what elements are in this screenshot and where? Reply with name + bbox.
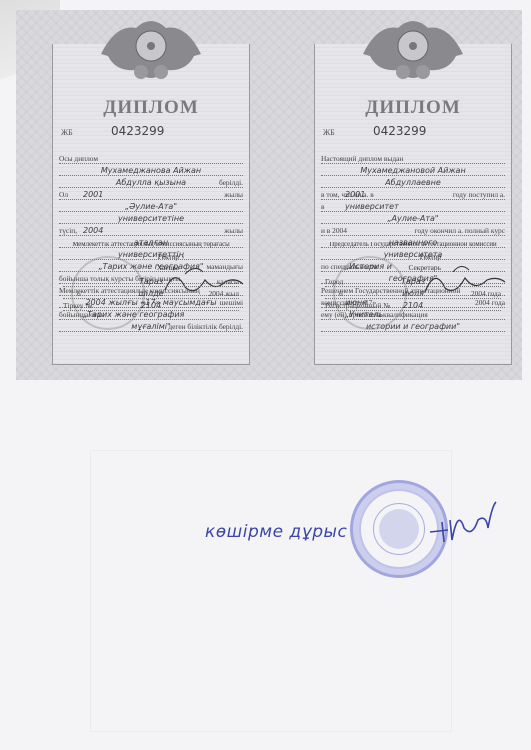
commission-label: Мемлекеттік аттестациялық комиссиясының … <box>72 242 229 248</box>
handwritten-entry: Мухамеджанова Айжан <box>59 167 243 175</box>
signature-block: Мемлекеттік аттестациялық комиссиясының … <box>63 242 239 311</box>
handwritten-entry: университет <box>321 203 505 211</box>
handwritten-entry: истории и географии" <box>321 323 505 331</box>
printed-text: и в 2004 <box>321 227 347 234</box>
rector-label: Ректор <box>158 253 179 261</box>
handwritten-entry: университетіне <box>59 215 243 223</box>
text-line: түсіп,2004жылы <box>59 224 243 236</box>
certifier-signature <box>428 498 498 548</box>
text-line: Абдулла қызынаберілді. <box>59 176 243 188</box>
registration-number: 2104 <box>325 302 501 310</box>
handwritten-entry: 2004 <box>59 227 243 235</box>
series: ЖБ <box>61 128 73 137</box>
coat-of-arms-icon <box>358 14 468 86</box>
text-line: университетіне <box>59 212 243 224</box>
city-label: қаласы <box>217 278 239 285</box>
printed-text: Осы диплом <box>59 155 98 162</box>
printed-text: году окончил а. полный курс <box>415 227 506 234</box>
series: ЖБ <box>323 128 335 137</box>
signature-block: Председатель Государственной аттестацион… <box>325 242 501 311</box>
handwritten-entry: 2001 <box>59 191 243 199</box>
printed-text: жылы <box>224 191 243 198</box>
secretary-label: Хатшы <box>157 264 179 272</box>
rector-label: Ректор <box>420 253 441 261</box>
handwritten-entry: „Аулие-Ата" <box>321 215 505 223</box>
handwritten-entry: Мухамеджановой Айжан <box>321 167 505 175</box>
text-line: „Әулие-Ата" <box>59 200 243 212</box>
commission-label: Председатель Государственной аттестацион… <box>329 242 496 248</box>
text-line: Абдуллаевне <box>321 176 505 188</box>
text-line: „Аулие-Ата" <box>321 212 505 224</box>
registration-number: 2104 <box>63 302 239 310</box>
diploma-kazakh: ДИПЛОМ ЖБ 0423299 Осы дипломМухамеджанов… <box>52 44 250 365</box>
serial-number: 0423299 <box>373 125 426 137</box>
date-year: 2004 года <box>471 290 501 297</box>
text-line: в том, что он а. в2001году поступил а. <box>321 188 505 200</box>
diploma-title: ДИПЛОМ <box>53 98 249 117</box>
coat-of-arms-icon <box>96 14 206 86</box>
diploma-serial: ЖБ 0423299 <box>323 129 503 137</box>
printed-text: деген біліктілік берілді. <box>168 323 243 330</box>
printed-text: жылы <box>224 227 243 234</box>
diploma-serial: ЖБ 0423299 <box>61 129 241 137</box>
date-year: 2004 жыл <box>209 290 239 297</box>
diploma-russian: ДИПЛОМ ЖБ 0423299 Настоящий диплом выдан… <box>314 44 512 365</box>
text-line: Мухамеджановой Айжан <box>321 164 505 176</box>
printed-text: году поступил а. <box>453 191 505 198</box>
city: Тараз <box>63 278 239 286</box>
serial-number: 0423299 <box>111 125 164 137</box>
stamp-emblem <box>373 503 425 555</box>
printed-text: берілді. <box>219 179 243 186</box>
text-line: Мухамеджанова Айжан <box>59 164 243 176</box>
text-line: и в 2004году окончил а. полный курс <box>321 224 505 236</box>
handwritten-entry: „Әулие-Ата" <box>59 203 243 211</box>
diploma-sheet: ДИПЛОМ ЖБ 0423299 Осы дипломМухамеджанов… <box>16 10 522 380</box>
certified-copy-note: көшірме дұрыс <box>205 522 347 542</box>
handwritten-entry: Абдулла қызына <box>59 179 243 187</box>
secretary-label: Секретарь <box>408 264 441 272</box>
printed-text: Настоящий диплом выдан <box>321 155 403 162</box>
text-line: Настоящий диплом выдан <box>321 152 505 164</box>
text-line: Ол2001жылы <box>59 188 243 200</box>
handwritten-entry: Абдуллаевне <box>321 179 505 187</box>
text-line: Осы диплом <box>59 152 243 164</box>
city: Тараз <box>325 278 501 286</box>
diploma-title: ДИПЛОМ <box>315 98 511 117</box>
text-line: вуниверситет <box>321 200 505 212</box>
